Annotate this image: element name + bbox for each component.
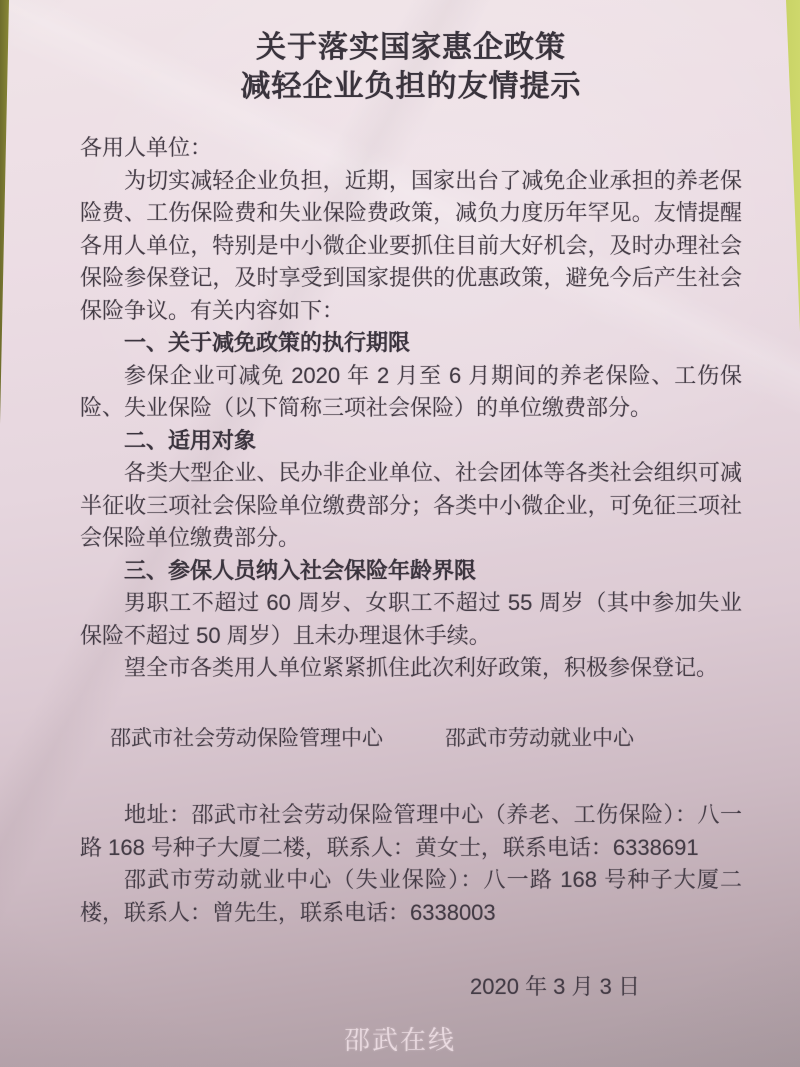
photo-background: 关于落实国家惠企政策 减轻企业负担的友情提示 各用人单位： 为切实减轻企业负担，… bbox=[0, 0, 800, 1067]
contact-paragraph-2: 邵武市劳动就业中心（失业保险）：八一路 168 号种子大厦二楼，联系人：曾先生，… bbox=[80, 864, 742, 929]
document-title-line2: 减轻企业负担的友情提示 bbox=[80, 67, 742, 106]
section-3-body: 男职工不超过 60 周岁、女职工不超过 55 周岁（其中参加失业保险不超过 50… bbox=[80, 587, 742, 652]
signature-insurance-center: 邵武市社会劳动保险管理中心 bbox=[110, 723, 383, 756]
section-1-body: 参保企业可减免 2020 年 2 月至 6 月期间的养老保险、工伤保险、失业保险… bbox=[80, 360, 742, 425]
section-2-heading: 二、适用对象 bbox=[80, 425, 742, 458]
section-2-body: 各类大型企业、民办非企业单位、社会团体等各类社会组织可减半征收三项社会保险单位缴… bbox=[80, 457, 742, 555]
section-1-heading: 一、关于减免政策的执行期限 bbox=[80, 327, 742, 360]
document-content: 关于落实国家惠企政策 减轻企业负担的友情提示 各用人单位： 为切实减轻企业负担，… bbox=[0, 0, 800, 1004]
contact-paragraph-1: 地址：邵武市社会劳动保险管理中心（养老、工伤保险）：八一路 168 号种子大厦二… bbox=[80, 799, 742, 864]
signature-row: 邵武市社会劳动保险管理中心 邵武市劳动就业中心 bbox=[80, 723, 742, 756]
watermark-text: 邵武在线 bbox=[0, 1020, 800, 1057]
paper-sheet: 关于落实国家惠企政策 减轻企业负担的友情提示 各用人单位： 为切实减轻企业负担，… bbox=[0, 0, 800, 1067]
closing-paragraph: 望全市各类用人单位紧紧抓住此次利好政策，积极参保登记。 bbox=[80, 652, 742, 685]
intro-paragraph: 为切实减轻企业负担，近期，国家出台了减免企业承担的养老保险费、工伤保险费和失业保… bbox=[80, 165, 742, 328]
contact-block: 地址：邵武市社会劳动保险管理中心（养老、工伤保险）：八一路 168 号种子大厦二… bbox=[80, 799, 742, 929]
section-3-heading: 三、参保人员纳入社会保险年龄界限 bbox=[80, 555, 742, 588]
document-title-line1: 关于落实国家惠企政策 bbox=[80, 28, 742, 67]
salutation: 各用人单位： bbox=[80, 132, 742, 165]
signature-employment-center: 邵武市劳动就业中心 bbox=[445, 723, 634, 756]
document-title: 关于落实国家惠企政策 减轻企业负担的友情提示 bbox=[80, 28, 742, 106]
document-date: 2020 年 3 月 3 日 bbox=[80, 971, 742, 1004]
